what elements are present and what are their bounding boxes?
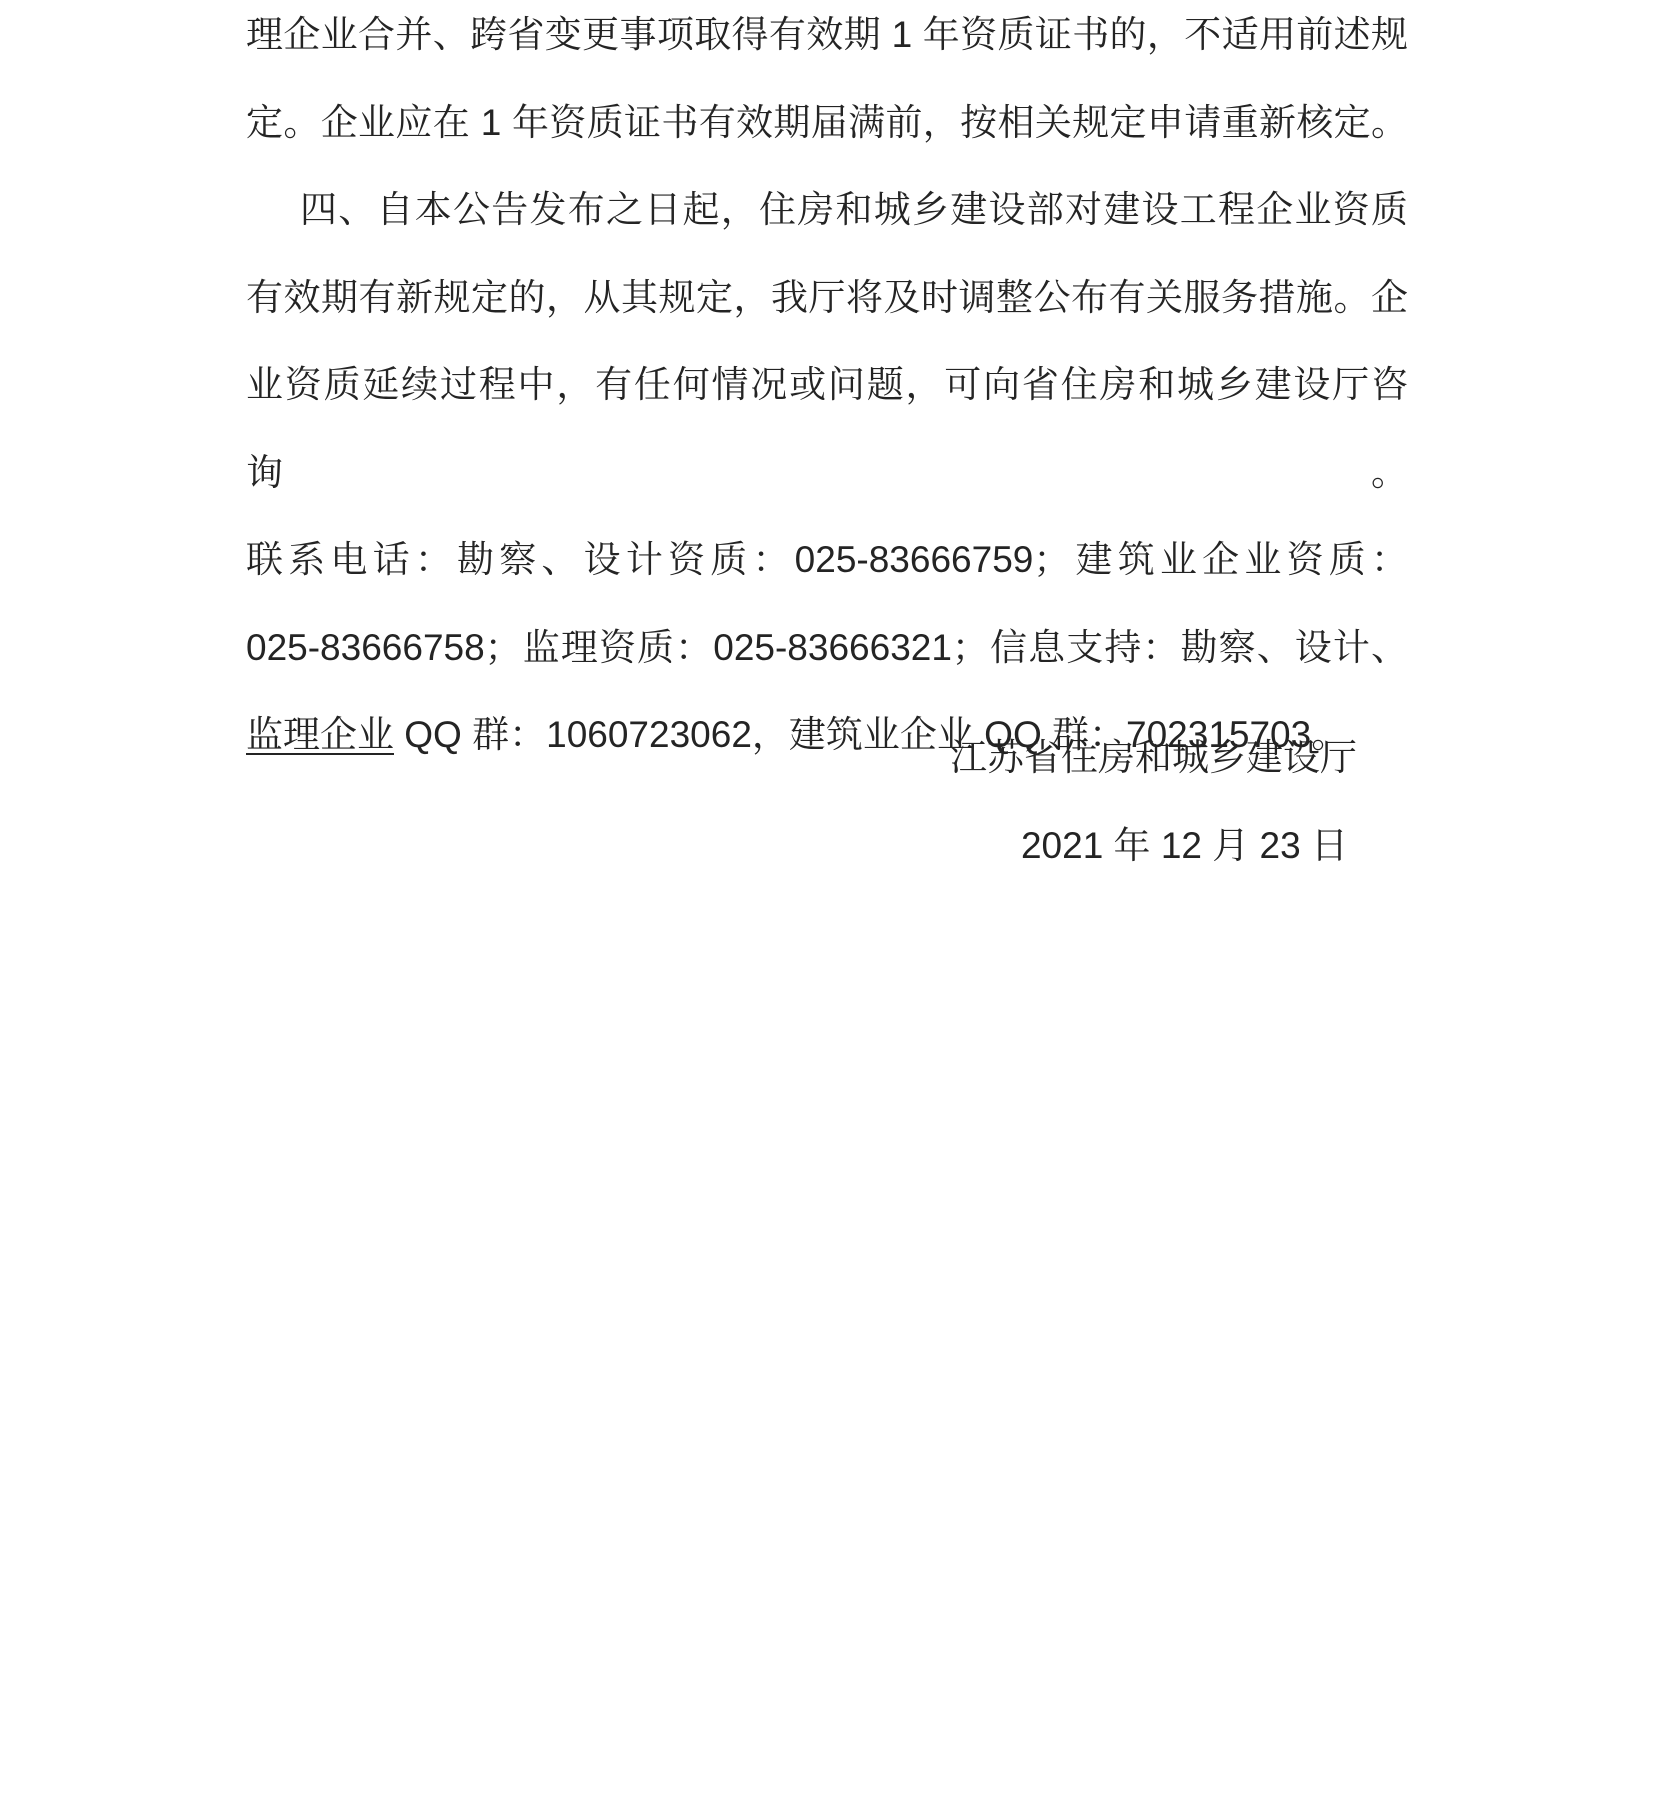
body-line-2: 定。企业应在 1 年资质证书有效期届满前，按相关规定申请重新核定。 <box>246 79 1408 167</box>
document-page: 理企业合并、跨省变更事项取得有效期 1 年资质证书的，不适用前述规 定。企业应在… <box>0 0 1654 1819</box>
document-body: 理企业合并、跨省变更事项取得有效期 1 年资质证书的，不适用前述规 定。企业应在… <box>246 0 1408 779</box>
body-line-4: 有效期有新规定的，从其规定，我厅将及时调整公布有关服务措施。企 <box>246 254 1408 342</box>
body-line-3-paragraph-start: 四、自本公告发布之日起，住房和城乡建设部对建设工程企业资质 <box>246 166 1408 254</box>
body-line-6: 联系电话：勘察、设计资质：025-83666759；建筑业企业资质： <box>246 516 1408 604</box>
signature-date: 2021 年 12 月 23 日 <box>246 802 1408 890</box>
body-line-5: 业资质延续过程中，有任何情况或问题，可向省住房和城乡建设厅咨询。 <box>246 341 1408 516</box>
body-line-7: 025-83666758；监理资质：025-83666321；信息支持：勘察、设… <box>246 604 1408 692</box>
body-line-1: 理企业合并、跨省变更事项取得有效期 1 年资质证书的，不适用前述规 <box>246 0 1408 79</box>
signature-organization: 江苏省住房和城乡建设厅 <box>246 714 1408 802</box>
signature-block: 江苏省住房和城乡建设厅 2021 年 12 月 23 日 <box>246 714 1408 889</box>
